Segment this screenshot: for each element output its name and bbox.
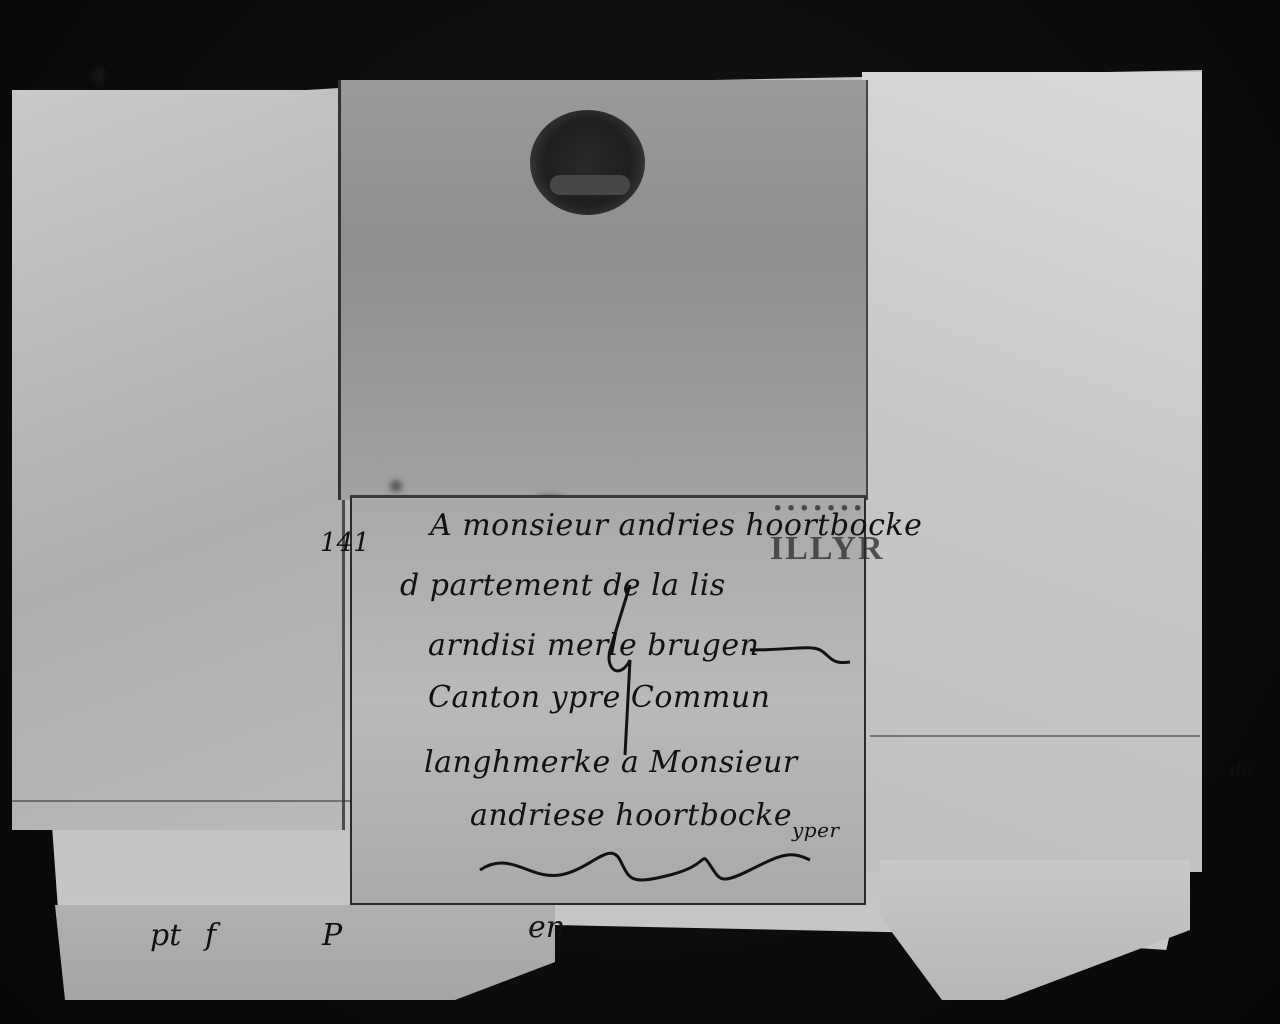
- wax-seal-band: [550, 175, 630, 195]
- address-line-6: andriese hoortbocke: [470, 798, 792, 833]
- flap-mark-2: f: [205, 918, 216, 953]
- postal-mark-stroke-icon: [590, 580, 650, 760]
- right-edge-mark: du: [1230, 760, 1253, 781]
- left-fold-panel: [12, 90, 345, 830]
- right-fold-panel: [862, 72, 1202, 872]
- calligraphic-flourish-icon: [470, 830, 830, 900]
- fold-crease: [12, 800, 362, 802]
- flap-mark-3: P: [322, 918, 342, 953]
- flap-mark-4: en: [528, 910, 565, 945]
- underline-stroke-icon: [750, 640, 850, 670]
- fold-crease: [870, 735, 1200, 737]
- bottom-flap: [55, 905, 555, 1000]
- address-line-2: d partement de la lis: [400, 568, 726, 603]
- ink-dot: [390, 480, 402, 492]
- wax-seal-icon: [530, 110, 645, 215]
- flap-mark-1: pt: [150, 918, 181, 953]
- margin-number: 141: [320, 528, 370, 558]
- address-line-1: A monsieur andries hoortbocke: [430, 508, 922, 543]
- dust-spot: [92, 68, 106, 84]
